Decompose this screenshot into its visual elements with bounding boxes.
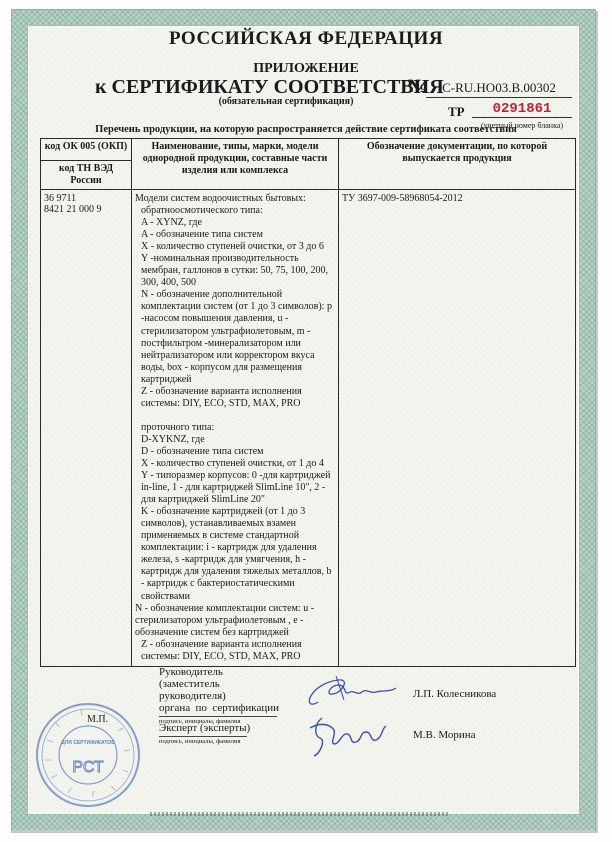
description-line: A - XYNZ, где <box>135 217 335 229</box>
seal-mark: РСТ <box>72 759 104 776</box>
description-line: обратноосмотического типа: <box>135 205 335 217</box>
okp-code-value: 36 9711 <box>44 193 128 204</box>
description-line <box>135 410 335 422</box>
head-role-line2: (заместитель руководителя) <box>159 678 279 702</box>
description-line: N - обозначение дополнительной комплекта… <box>135 289 335 385</box>
description-line: Z - обозначение варианта исполнения сист… <box>135 639 335 663</box>
description-line: D - обозначение типа систем <box>135 446 335 458</box>
head-signature-icon <box>300 672 410 712</box>
product-description-cell: Модели систем водоочистных бытовых:обрат… <box>132 190 339 667</box>
head-name: Л.П. Колесникова <box>413 688 496 700</box>
description-line: Z - обозначение варианта исполнения сист… <box>135 386 335 410</box>
page-edge <box>11 830 594 833</box>
product-list-title: Перечень продукции, на которую распростр… <box>0 124 612 135</box>
header-product-name: Наименование, типы, марки, модели одноро… <box>132 139 339 190</box>
head-signature-block: Руководитель (заместитель руководителя) … <box>159 666 279 727</box>
head-role-line1: Руководитель <box>159 666 279 678</box>
table-row: 36 9711 8421 21 000 9 Модели систем водо… <box>41 190 576 667</box>
description-line: K - обозначение картриджей (от 1 до 3 си… <box>135 506 335 602</box>
description-line: проточного типа: <box>135 422 335 434</box>
expert-signature-block: Эксперт (эксперты) подпись, инициалы, фа… <box>159 722 250 747</box>
documentation-cell: ТУ 3697-009-58968054-2012 <box>339 190 576 667</box>
header-tnved-code: код ТН ВЭД России <box>41 161 132 190</box>
country-title: РОССИЙСКАЯ ФЕДЕРАЦИЯ <box>0 28 612 50</box>
description-line: A - обозначение типа систем <box>135 229 335 241</box>
description-line: Модели систем водоочистных бытовых: <box>135 193 335 205</box>
description-line: X - количество ступеней очистки, от 1 до… <box>135 458 335 470</box>
description-line: X - количество ступеней очистки, от 3 до… <box>135 241 335 253</box>
tp-label: ТР <box>448 104 465 120</box>
expert-name: М.В. Морина <box>413 729 476 741</box>
head-role-line3: органа по сертификации <box>159 702 279 714</box>
appendix-title: ПРИЛОЖЕНИЕ <box>0 61 612 77</box>
description-line: D-XYKNZ, где <box>135 434 335 446</box>
number-sign: № <box>408 76 427 98</box>
stamp-label: М.П. <box>87 714 108 725</box>
expert-role: Эксперт (эксперты) <box>159 722 250 734</box>
tnved-code-value: 8421 21 000 9 <box>44 204 128 215</box>
product-codes-cell: 36 9711 8421 21 000 9 <box>41 190 132 667</box>
header-documentation: Обозначение документации, по которой вып… <box>339 139 576 190</box>
products-table: код ОК 005 (ОКП) Наименование, типы, мар… <box>40 138 576 667</box>
seal-center-text: ДЛЯ СЕРТИФИКАТОВ <box>61 740 115 746</box>
footer-microtext <box>150 812 450 816</box>
description-line: Y - типоразмер корпусов: 0 -для картридж… <box>135 470 335 506</box>
description-line: N - обозначение комплектации систем: u -… <box>135 603 335 639</box>
blank-number: 0291861 <box>472 101 572 118</box>
expert-signature-icon <box>300 710 410 758</box>
expert-signature-caption: подпись, инициалы, фамилия <box>159 736 247 747</box>
header-okp-code: код ОК 005 (ОКП) <box>41 139 132 161</box>
description-line: Y -номинальная производительность мембра… <box>135 253 335 289</box>
